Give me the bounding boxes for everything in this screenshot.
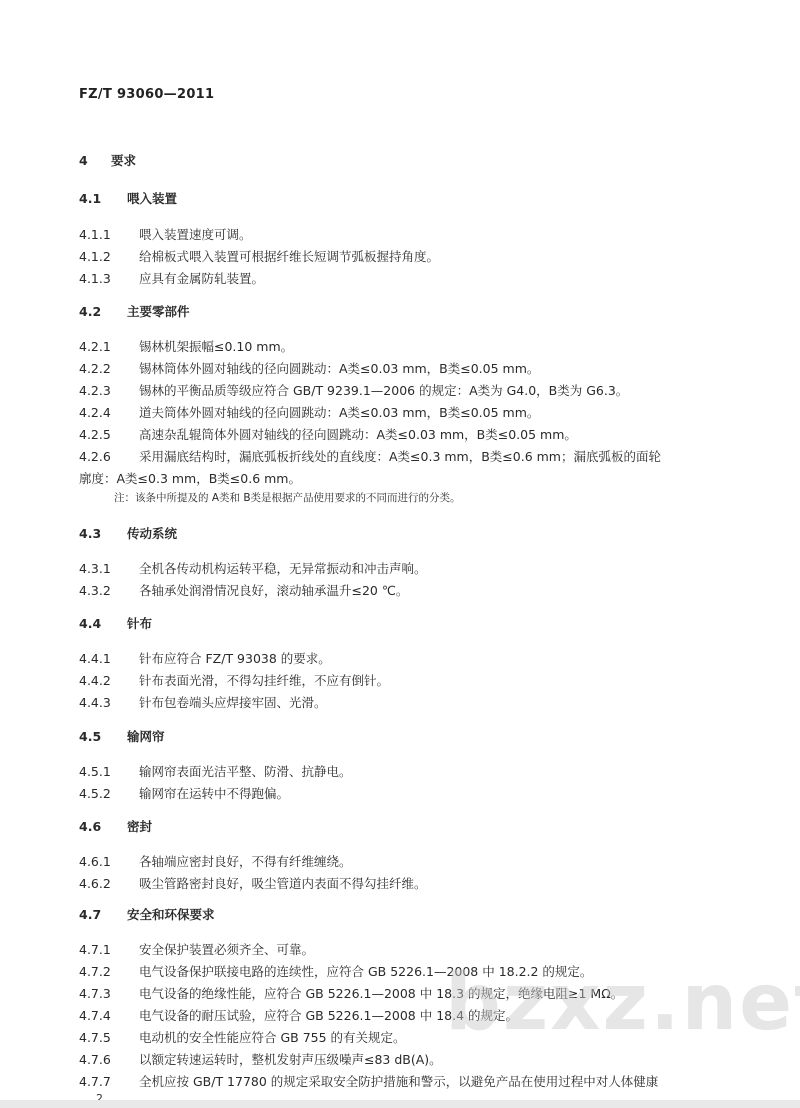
clause-text: 锡林筒体外圆对轴线的径向圆跳动：A类≤0.03 mm，B类≤0.05 mm。 — [139, 361, 539, 376]
clause: 4.2.2锡林筒体外圆对轴线的径向圆跳动：A类≤0.03 mm，B类≤0.05 … — [79, 359, 539, 377]
subsection-number: 4.2 — [79, 304, 127, 319]
subsection-title: 传动系统 — [127, 526, 177, 541]
clause-number: 4.1.2 — [79, 249, 139, 264]
clause: 4.2.4道夫筒体外圆对轴线的径向圆跳动：A类≤0.03 mm，B类≤0.05 … — [79, 403, 539, 421]
clause-text: 输网帘在运转中不得跑偏。 — [139, 786, 289, 801]
clause-number: 4.1.1 — [79, 227, 139, 242]
subsection-heading: 4.4针布 — [79, 614, 152, 632]
clause-text: 全机各传动机构运转平稳，无异常振动和冲击声响。 — [139, 561, 427, 576]
subsection-heading: 4.3传动系统 — [79, 524, 177, 542]
page-bottom-edge — [0, 1100, 800, 1108]
clause-number: 4.7.7 — [79, 1074, 139, 1089]
document-page: FZ/T 93060—2011 4要求 4.1喂入装置 4.1.1喂入装置速度可… — [0, 0, 800, 1100]
clause-number: 4.2.1 — [79, 339, 139, 354]
section-heading: 4要求 — [79, 151, 136, 169]
clause-number: 4.5.1 — [79, 764, 139, 779]
clause-text: 给棉板式喂入装置可根据纤维长短调节弧板握持角度。 — [139, 249, 439, 264]
clause: 4.7.6以额定转速运转时，整机发射声压级噪声≤83 dB(A)。 — [79, 1050, 442, 1068]
clause-text: 输网帘表面光洁平整、防滑、抗静电。 — [139, 764, 352, 779]
clause: 4.2.6采用漏底结构时，漏底弧板折线处的直线度：A类≤0.3 mm，B类≤0.… — [79, 447, 661, 465]
subsection-title: 安全和环保要求 — [127, 907, 215, 922]
clause-text: 全机应按 GB/T 17780 的规定采取安全防护措施和警示，以避免产品在使用过… — [139, 1074, 658, 1089]
clause-text: 以额定转速运转时，整机发射声压级噪声≤83 dB(A)。 — [139, 1052, 442, 1067]
clause-continuation: 廓度：A类≤0.3 mm，B类≤0.6 mm。 — [79, 469, 301, 487]
section-title: 要求 — [111, 153, 136, 168]
clause: 4.7.1安全保护装置必须齐全、可靠。 — [79, 940, 314, 958]
clause-number: 4.4.3 — [79, 695, 139, 710]
clause: 4.2.1锡林机架振幅≤0.10 mm。 — [79, 337, 293, 355]
clause-number: 4.5.2 — [79, 786, 139, 801]
clause: 4.1.2给棉板式喂入装置可根据纤维长短调节弧板握持角度。 — [79, 247, 439, 265]
clause: 4.1.1喂入装置速度可调。 — [79, 225, 252, 243]
clause-number: 4.3.2 — [79, 583, 139, 598]
clause-text: 安全保护装置必须齐全、可靠。 — [139, 942, 314, 957]
clause-text: 各轴端应密封良好，不得有纤维缠绕。 — [139, 854, 352, 869]
clause-number: 4.2.2 — [79, 361, 139, 376]
clause-number: 4.4.1 — [79, 651, 139, 666]
clause-number: 4.3.1 — [79, 561, 139, 576]
clause-number: 4.7.4 — [79, 1008, 139, 1023]
clause-text: 针布包卷端头应焊接牢固、光滑。 — [139, 695, 327, 710]
clause-text: 电动机的安全性能应符合 GB 755 的有关规定。 — [139, 1030, 406, 1045]
subsection-number: 4.3 — [79, 526, 127, 541]
clause-number: 4.7.2 — [79, 964, 139, 979]
clause: 4.7.7全机应按 GB/T 17780 的规定采取安全防护措施和警示，以避免产… — [79, 1072, 658, 1090]
subsection-heading: 4.2主要零部件 — [79, 302, 190, 320]
clause-text: 道夫筒体外圆对轴线的径向圆跳动：A类≤0.03 mm，B类≤0.05 mm。 — [139, 405, 539, 420]
clause: 4.6.2吸尘管路密封良好，吸尘管道内表面不得勾挂纤维。 — [79, 874, 427, 892]
clause-number: 4.2.3 — [79, 383, 139, 398]
clause: 4.4.3针布包卷端头应焊接牢固、光滑。 — [79, 693, 327, 711]
subsection-title: 密封 — [127, 819, 152, 834]
subsection-heading: 4.6密封 — [79, 817, 152, 835]
subsection-title: 喂入装置 — [127, 191, 177, 206]
clause-number: 4.2.6 — [79, 449, 139, 464]
clause: 4.4.2针布表面光滑，不得勾挂纤维，不应有倒针。 — [79, 671, 389, 689]
clause: 4.7.5电动机的安全性能应符合 GB 755 的有关规定。 — [79, 1028, 406, 1046]
clause-text: 针布表面光滑，不得勾挂纤维，不应有倒针。 — [139, 673, 389, 688]
clause-number: 4.2.4 — [79, 405, 139, 420]
watermark: bzxz.net — [445, 958, 800, 1048]
subsection-heading: 4.1喂入装置 — [79, 189, 177, 207]
clause-number: 4.7.5 — [79, 1030, 139, 1045]
subsection-title: 主要零部件 — [127, 304, 190, 319]
clause-text: 针布应符合 FZ/T 93038 的要求。 — [139, 651, 331, 666]
clause: 4.2.5高速杂乱辊筒体外圆对轴线的径向圆跳动：A类≤0.03 mm，B类≤0.… — [79, 425, 577, 443]
clause: 4.3.1全机各传动机构运转平稳，无异常振动和冲击声响。 — [79, 559, 427, 577]
note: 注：该条中所提及的 A类和 B类是根据产品使用要求的不同而进行的分类。 — [114, 490, 461, 505]
clause-number: 4.7.3 — [79, 986, 139, 1001]
subsection-number: 4.7 — [79, 907, 127, 922]
clause: 4.5.1输网帘表面光洁平整、防滑、抗静电。 — [79, 762, 352, 780]
subsection-number: 4.1 — [79, 191, 127, 206]
clause-text: 采用漏底结构时，漏底弧板折线处的直线度：A类≤0.3 mm，B类≤0.6 mm；… — [139, 449, 661, 464]
clause-text: 高速杂乱辊筒体外圆对轴线的径向圆跳动：A类≤0.03 mm，B类≤0.05 mm… — [139, 427, 577, 442]
section-number: 4 — [79, 153, 111, 168]
subsection-heading: 4.5输网帘 — [79, 727, 165, 745]
clause-text: 喂入装置速度可调。 — [139, 227, 252, 242]
clause-number: 4.4.2 — [79, 673, 139, 688]
clause-text: 锡林的平衡品质等级应符合 GB/T 9239.1—2006 的规定：A类为 G4… — [139, 383, 628, 398]
clause: 4.1.3应具有金属防轧装置。 — [79, 269, 264, 287]
clause-text: 吸尘管路密封良好，吸尘管道内表面不得勾挂纤维。 — [139, 876, 427, 891]
clause-text: 各轴承处润滑情况良好，滚动轴承温升≤20 ℃。 — [139, 583, 408, 598]
clause: 4.4.1针布应符合 FZ/T 93038 的要求。 — [79, 649, 331, 667]
subsection-title: 针布 — [127, 616, 152, 631]
clause-number: 4.1.3 — [79, 271, 139, 286]
clause: 4.2.3锡林的平衡品质等级应符合 GB/T 9239.1—2006 的规定：A… — [79, 381, 628, 399]
clause-text: 锡林机架振幅≤0.10 mm。 — [139, 339, 293, 354]
clause: 4.3.2各轴承处润滑情况良好，滚动轴承温升≤20 ℃。 — [79, 581, 408, 599]
subsection-number: 4.4 — [79, 616, 127, 631]
clause: 4.6.1各轴端应密封良好，不得有纤维缠绕。 — [79, 852, 352, 870]
clause-number: 4.7.1 — [79, 942, 139, 957]
standard-id-header: FZ/T 93060—2011 — [79, 87, 214, 102]
clause-number: 4.6.2 — [79, 876, 139, 891]
clause-number: 4.2.5 — [79, 427, 139, 442]
clause-number: 4.7.6 — [79, 1052, 139, 1067]
clause-text: 应具有金属防轧装置。 — [139, 271, 264, 286]
subsection-heading: 4.7安全和环保要求 — [79, 905, 215, 923]
subsection-title: 输网帘 — [127, 729, 165, 744]
clause-number: 4.6.1 — [79, 854, 139, 869]
subsection-number: 4.6 — [79, 819, 127, 834]
subsection-number: 4.5 — [79, 729, 127, 744]
clause: 4.5.2输网帘在运转中不得跑偏。 — [79, 784, 289, 802]
